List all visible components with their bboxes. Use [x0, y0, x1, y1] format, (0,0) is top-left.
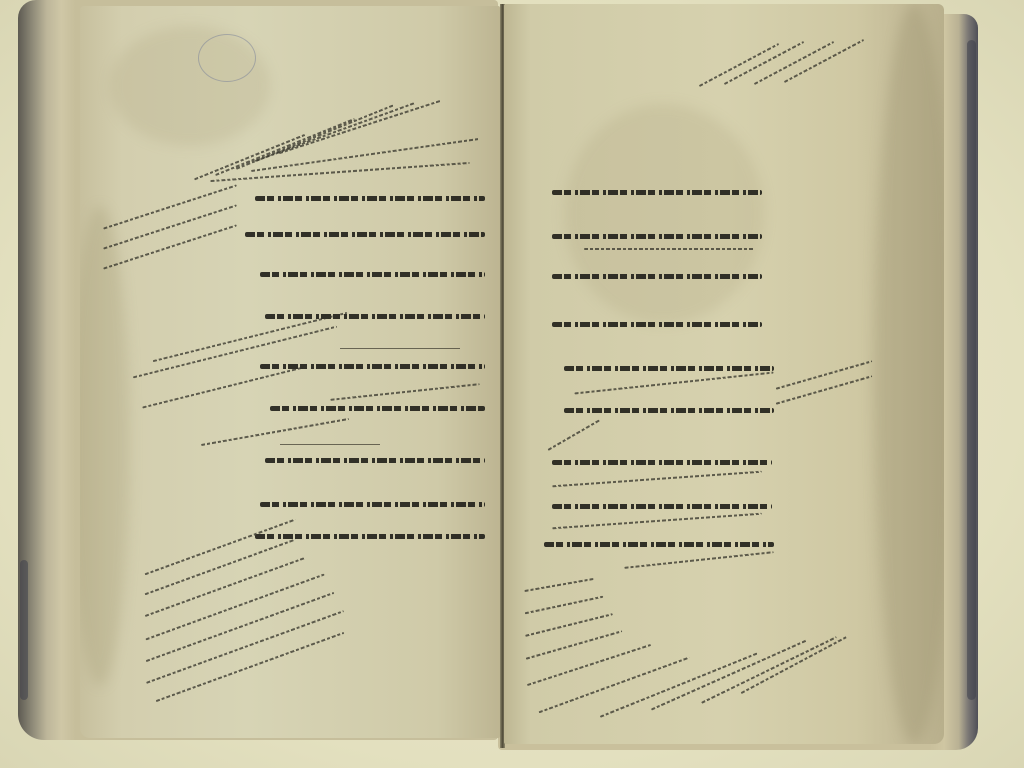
paper-stain: [80, 206, 130, 686]
main-text-line: [552, 322, 762, 327]
paper-stain: [564, 104, 764, 324]
main-text-line: [552, 234, 762, 239]
marginal-note: [527, 644, 651, 686]
marginal-note: [584, 248, 754, 250]
marginal-note: [701, 636, 837, 704]
main-text-line: [265, 314, 485, 319]
main-text-line: [552, 190, 762, 195]
main-text-line: [255, 196, 485, 201]
marginal-note: [776, 375, 873, 404]
marginal-note: [776, 360, 873, 389]
marginal-note: [525, 596, 604, 615]
marginal-note: [624, 551, 773, 569]
main-text-line: [245, 232, 485, 237]
marginal-note: [330, 383, 479, 401]
manuscript-book: [18, 0, 978, 760]
main-text-line: [265, 458, 485, 463]
marginal-note: [133, 326, 337, 379]
marginal-note: [699, 43, 779, 87]
marginal-note: [210, 162, 470, 182]
left-page: [80, 6, 500, 738]
underline-rule: [340, 348, 460, 349]
marginal-note: [552, 513, 762, 530]
marginal-note: [103, 204, 237, 249]
underline-rule: [280, 444, 380, 445]
main-text-line: [255, 534, 485, 539]
main-text-line: [270, 406, 485, 411]
marginal-note: [538, 657, 689, 714]
main-text-line: [260, 272, 485, 277]
marginal-note: [103, 224, 237, 269]
paper-stain: [874, 4, 944, 744]
marginal-note: [574, 372, 773, 395]
marginal-note: [525, 613, 613, 637]
left-worn-edge: [20, 560, 28, 700]
main-text-line: [260, 502, 485, 507]
right-page: [504, 4, 944, 744]
main-text-line: [552, 274, 762, 279]
main-text-line: [552, 460, 772, 465]
marginal-note: [201, 418, 349, 446]
marginal-note: [103, 184, 237, 229]
main-text-line: [564, 366, 774, 371]
library-stamp: [198, 34, 256, 82]
marginal-note: [552, 471, 762, 488]
marginal-note: [153, 312, 348, 362]
main-text-line: [564, 408, 774, 413]
right-worn-edge: [967, 40, 976, 700]
marginal-note: [651, 640, 807, 711]
marginal-note: [548, 419, 601, 451]
marginal-note: [524, 578, 593, 592]
marginal-note: [142, 365, 307, 408]
main-text-line: [544, 542, 774, 547]
marginal-note: [146, 610, 344, 684]
main-text-line: [552, 504, 772, 509]
marginal-note: [526, 630, 623, 659]
